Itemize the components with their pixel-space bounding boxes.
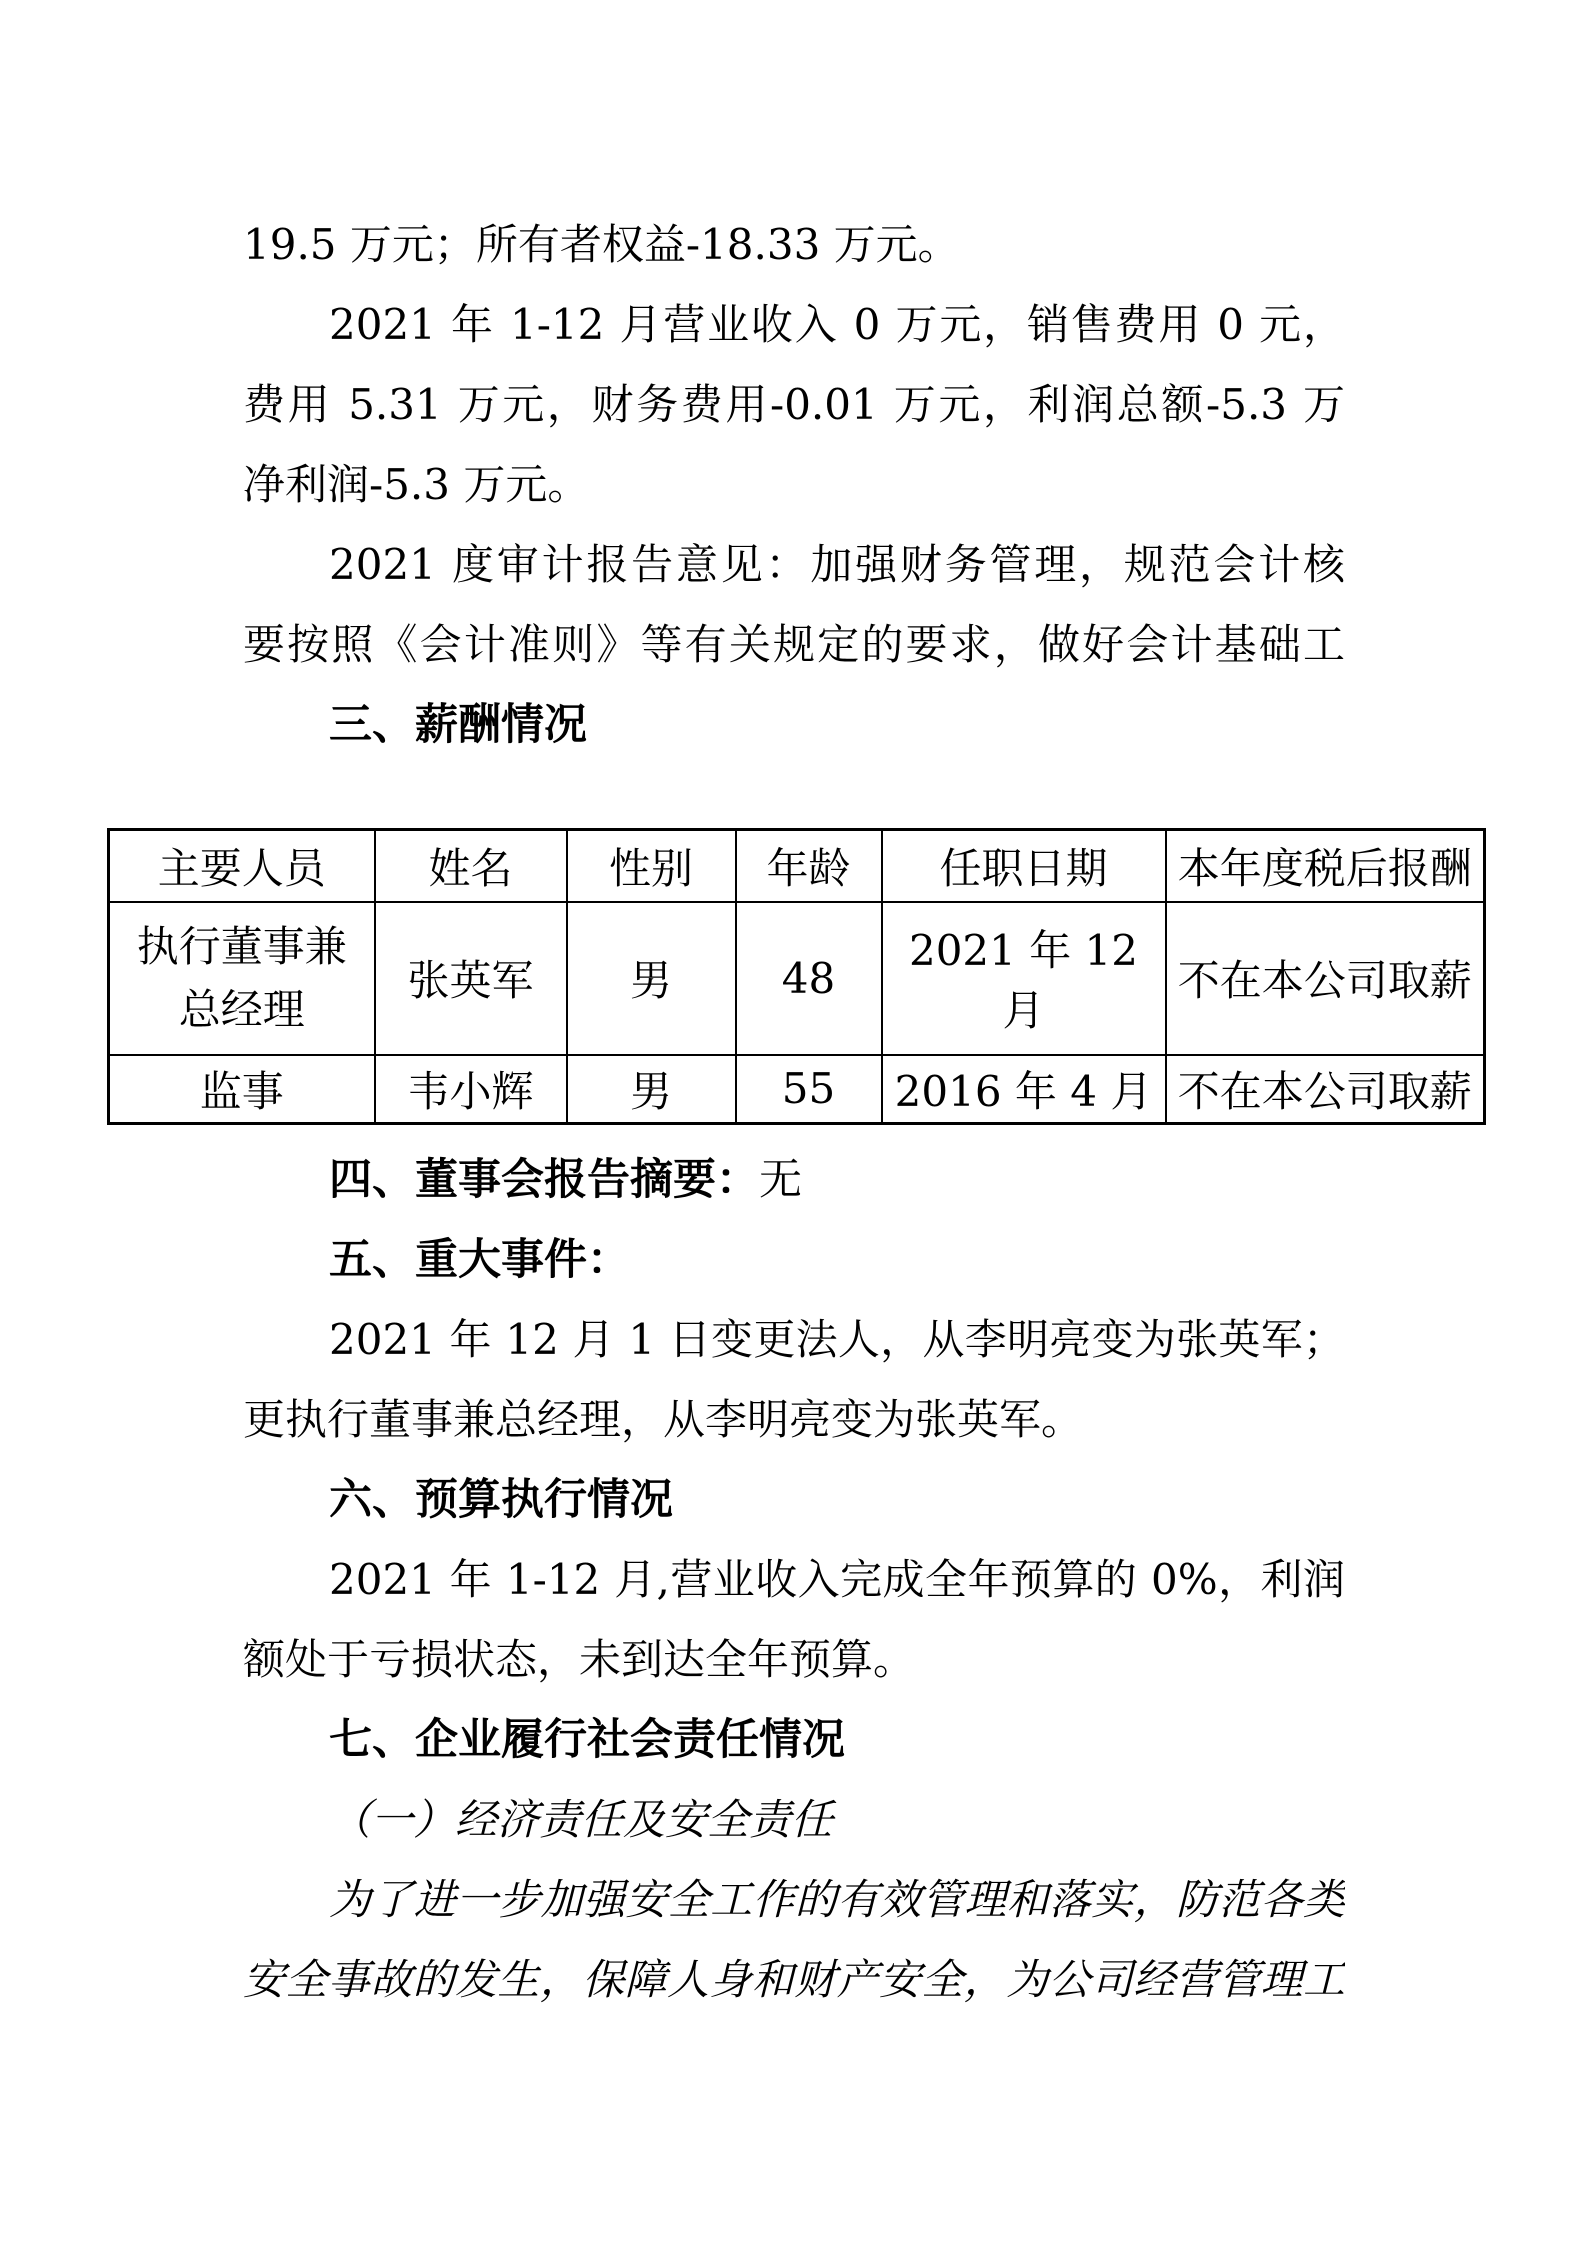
cell-gender: 男 — [567, 902, 736, 1055]
cell-gender: 男 — [567, 1055, 736, 1124]
header-compensation: 本年度税后报酬 — [1166, 830, 1485, 902]
salary-table: 主要人员 姓名 性别 年龄 任职日期 本年度税后报酬 执行董事兼 总经理 张英军… — [107, 828, 1486, 1125]
para-major-events-line-2: 更执行董事兼总经理，从李明亮变为张英军。 — [243, 1380, 1345, 1460]
para-audit-line-2: 要按照《会计准则》等有关规定的要求，做好会计基础工作。 — [243, 605, 1345, 685]
para-budget-line-2: 额处于亏损状态，未到达全年预算。 — [243, 1620, 1345, 1700]
cell-appointment-date: 2016 年 4 月 — [882, 1055, 1166, 1124]
para-finance-line-2: 费用 5.31 万元，财务费用-0.01 万元，利润总额-5.3 万元， — [243, 365, 1345, 445]
cell-age: 48 — [736, 902, 882, 1055]
cell-position: 执行董事兼 总经理 — [109, 902, 375, 1055]
para-audit-line-1: 2021 度审计报告意见：加强财务管理，规范会计核算， — [243, 525, 1345, 605]
para-finance-line-3: 净利润-5.3 万元。 — [243, 445, 1345, 525]
para-major-events-line-1: 2021 年 12 月 1 日变更法人，从李明亮变为张英军；变 — [243, 1300, 1345, 1380]
document-page: 19.5 万元；所有者权益-18.33 万元。 2021 年 1-12 月营业收… — [0, 0, 1587, 2245]
header-age: 年龄 — [736, 830, 882, 902]
para-carryover-line: 19.5 万元；所有者权益-18.33 万元。 — [243, 205, 1345, 285]
salary-table-header-row: 主要人员 姓名 性别 年龄 任职日期 本年度税后报酬 — [109, 830, 1485, 902]
cell-position: 监事 — [109, 1055, 375, 1124]
cell-compensation: 不在本公司取薪 — [1166, 902, 1485, 1055]
cell-appointment-date: 2021 年 12 月 — [882, 902, 1166, 1055]
table-row: 执行董事兼 总经理 张英军 男 48 2021 年 12 月 不在本公司取薪 — [109, 902, 1485, 1055]
para-finance-line-1: 2021 年 1-12 月营业收入 0 万元，销售费用 0 元，管理 — [243, 285, 1345, 365]
cell-name: 韦小辉 — [375, 1055, 567, 1124]
heading-major-events: 五、重大事件： — [243, 1220, 1345, 1300]
heading-budget: 六、预算执行情况 — [243, 1460, 1345, 1540]
header-appointment-date: 任职日期 — [882, 830, 1166, 902]
header-name: 姓名 — [375, 830, 567, 902]
heading-board-report-label: 四、董事会报告摘要： — [329, 1155, 759, 1205]
table-row: 监事 韦小辉 男 55 2016 年 4 月 不在本公司取薪 — [109, 1055, 1485, 1124]
para-budget-line-1: 2021 年 1-12 月,营业收入完成全年预算的 0%，利润总 — [243, 1540, 1345, 1620]
header-gender: 性别 — [567, 830, 736, 902]
subheading-economic-safety: （一）经济责任及安全责任 — [243, 1780, 1345, 1860]
heading-social-responsibility: 七、企业履行社会责任情况 — [243, 1700, 1345, 1780]
cell-name: 张英军 — [375, 902, 567, 1055]
heading-salary: 三、薪酬情况 — [243, 685, 1345, 765]
header-position: 主要人员 — [109, 830, 375, 902]
cell-age: 55 — [736, 1055, 882, 1124]
heading-board-report: 四、董事会报告摘要：无 — [243, 1140, 1345, 1220]
board-report-value: 无 — [759, 1155, 802, 1205]
para-safety-line-1: 为了进一步加强安全工作的有效管理和落实，防范各类 — [243, 1860, 1345, 1940]
cell-compensation: 不在本公司取薪 — [1166, 1055, 1485, 1124]
para-safety-line-2: 安全事故的发生，保障人身和财产安全，为公司经营管理工 — [243, 1940, 1345, 2020]
